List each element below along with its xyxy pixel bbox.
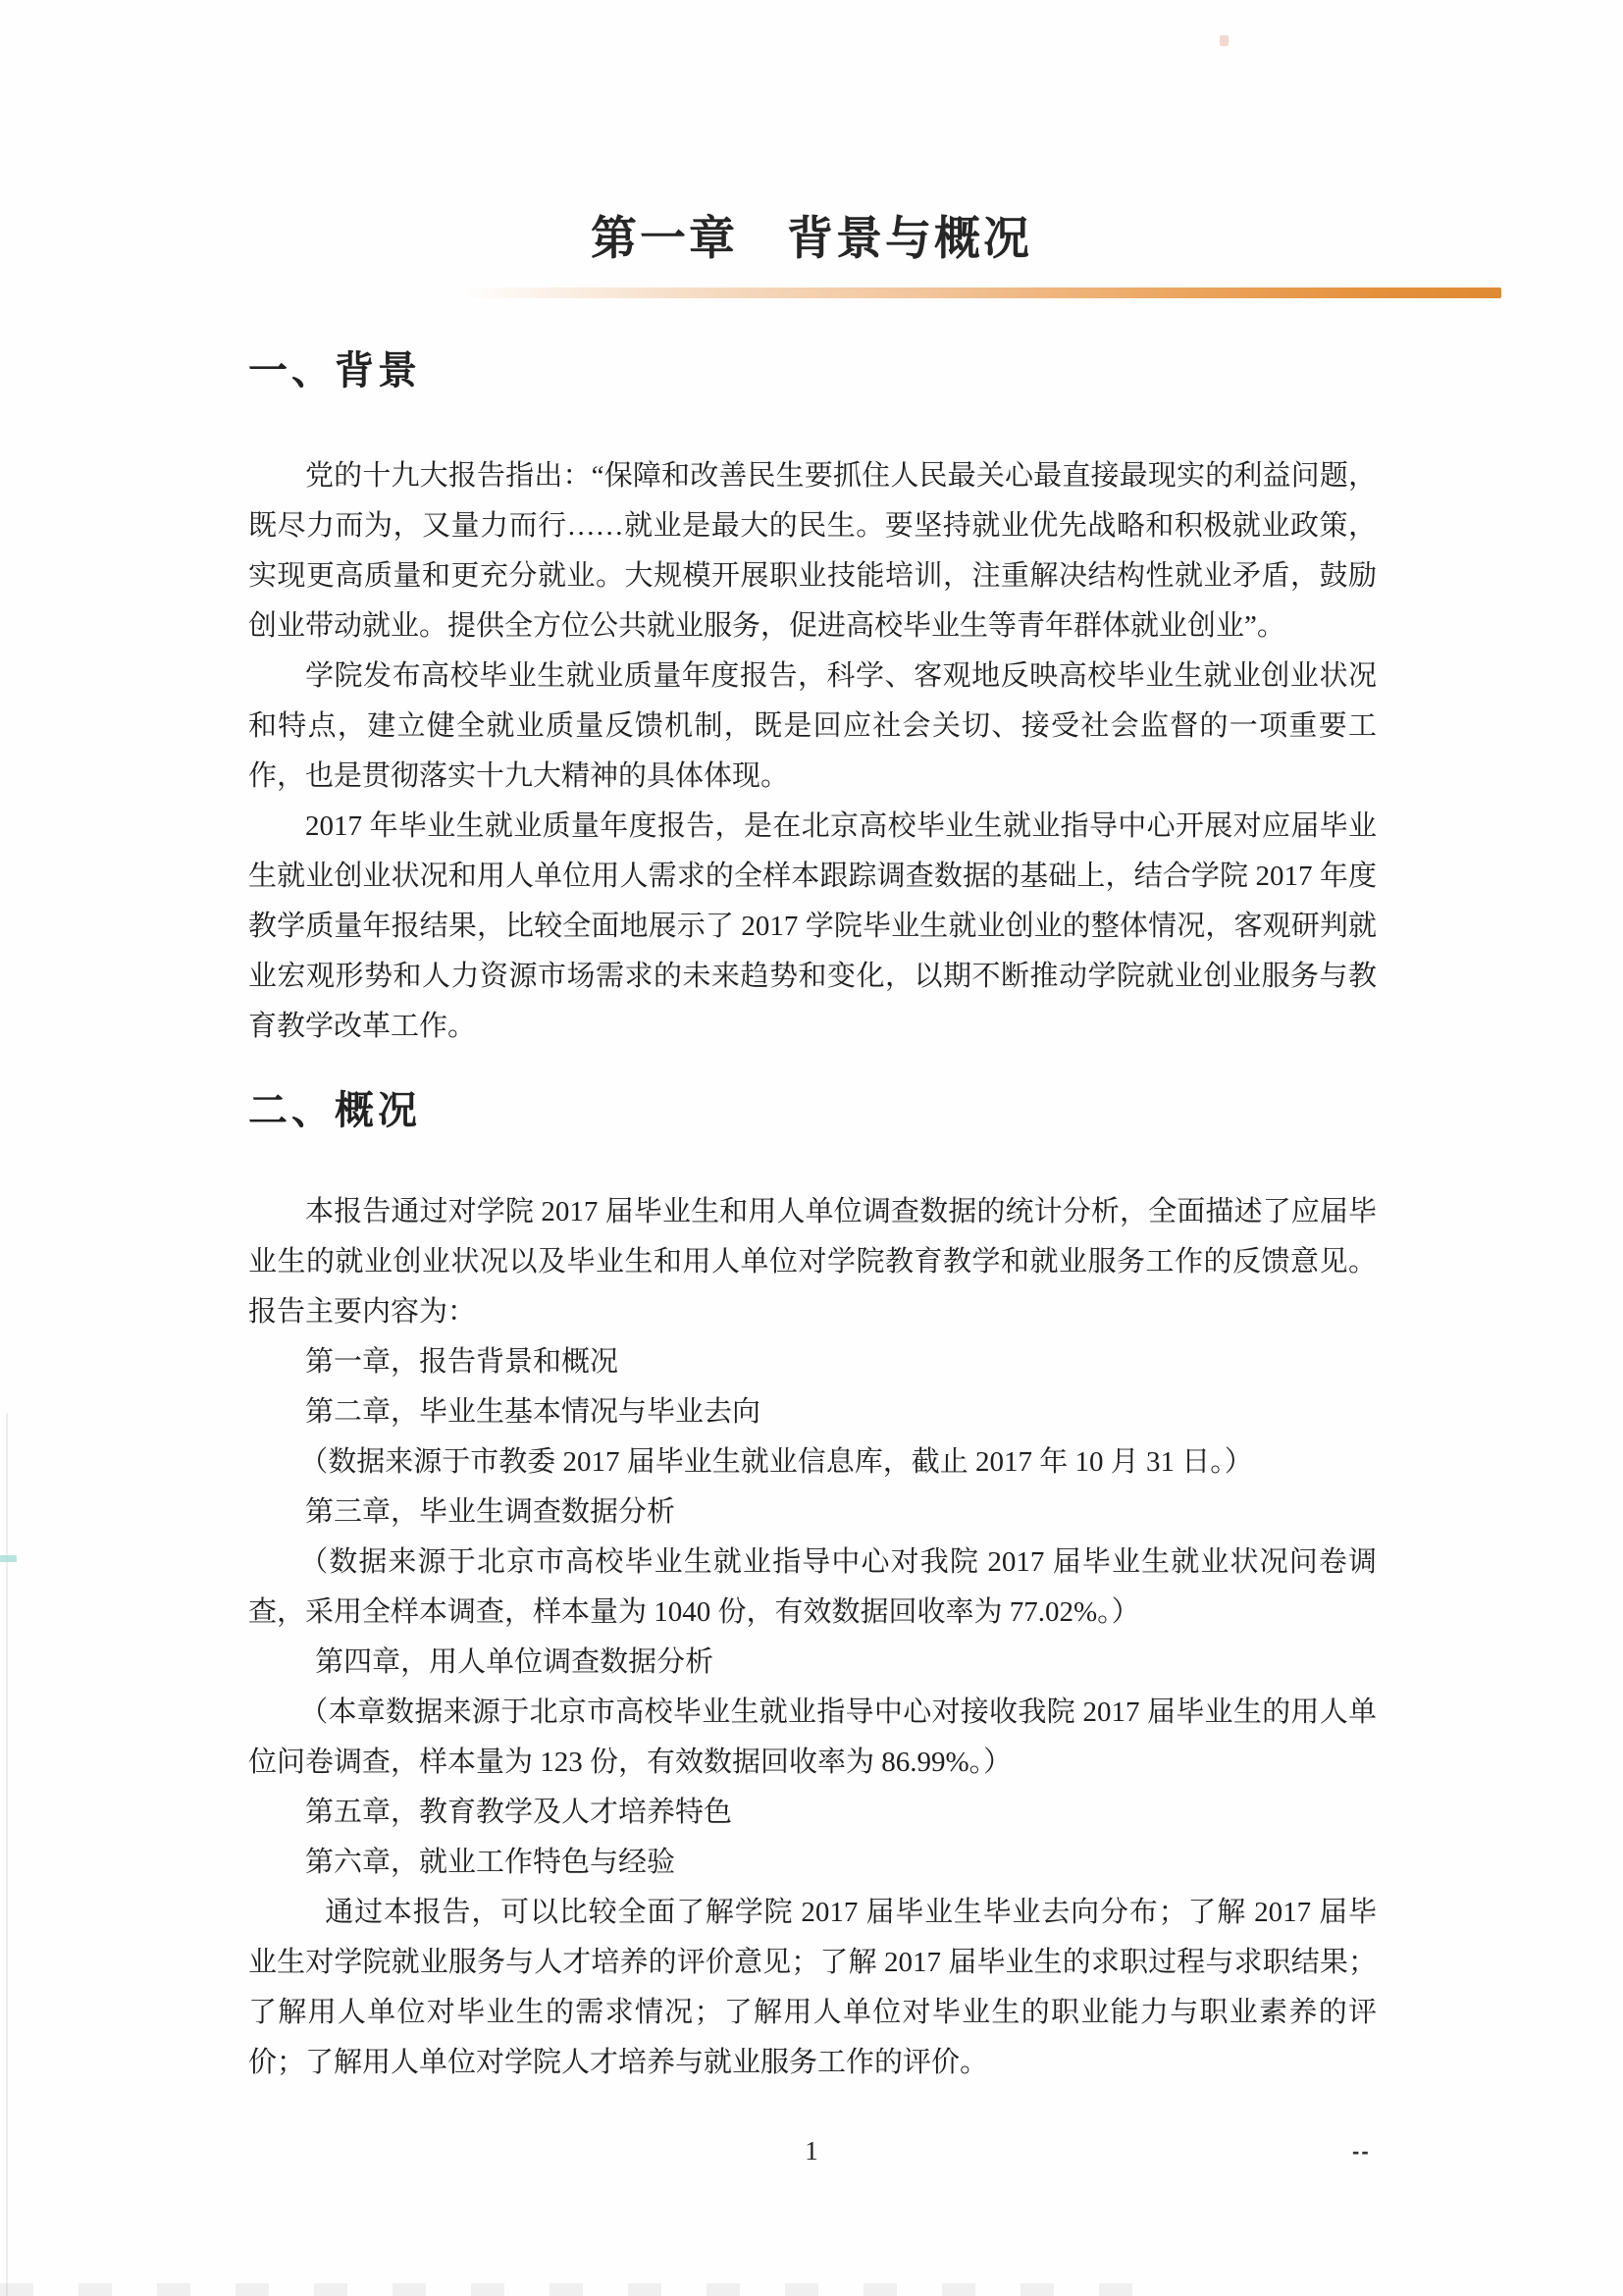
page-number: 1 [0,2135,1623,2166]
document-page: 第一章 背景与概况 一、背景 党的十九大报告指出：“保障和改善民生要抓住人民最关… [0,0,1623,2296]
paragraph-background-3: 2017 年毕业生就业质量年度报告，是在北京高校毕业生就业指导中心开展对应届毕业… [248,802,1377,1052]
outline-item-chapter1: 第一章，报告背景和概况 [248,1337,1377,1387]
outline-note-chapter3: （数据来源于北京市高校毕业生就业指导中心对我院 2017 届毕业生就业状况问卷调… [248,1538,1377,1638]
section-heading-overview: 二、概况 [248,1087,1377,1134]
section-heading-background: 一、背景 [248,347,1377,394]
outline-item-chapter6: 第六章，就业工作特色与经验 [248,1838,1377,1888]
outline-item-chapter4: 第四章，用人单位调查数据分析 [248,1638,1377,1688]
outline-item-chapter3: 第三章，毕业生调查数据分析 [248,1487,1377,1538]
outline-note-chapter2: （数据来源于市教委 2017 届毕业生就业信息库，截止 2017 年 10 月 … [248,1437,1377,1487]
title-underline-bar [459,287,1501,298]
scan-artifact-top-speck [1220,35,1229,46]
scan-artifact-bottom-smudge [0,2283,1178,2296]
paragraph-background-1: 党的十九大报告指出：“保障和改善民生要抓住人民最关心最直接最现实的利益问题，既尽… [248,451,1377,652]
paragraph-background-2: 学院发布高校毕业生就业质量年度报告，科学、客观地反映高校毕业生就业创业状况和特点… [248,652,1377,802]
footer-corner-mark: -- [1352,2139,1371,2165]
page-content: 一、背景 党的十九大报告指出：“保障和改善民生要抓住人民最关心最直接最现实的利益… [248,347,1377,2088]
scan-artifact-cyan-tick [0,1555,17,1562]
paragraph-overview-intro: 本报告通过对学院 2017 届毕业生和用人单位调查数据的统计分析，全面描述了应届… [248,1187,1377,1337]
outline-item-chapter5: 第五章，教育教学及人才培养特色 [248,1788,1377,1838]
outline-note-chapter4: （本章数据来源于北京市高校毕业生就业指导中心对接收我院 2017 届毕业生的用人… [248,1688,1377,1788]
chapter-title: 第一章 背景与概况 [0,212,1623,265]
paragraph-overview-closing: 通过本报告，可以比较全面了解学院 2017 届毕业生毕业去向分布；了解 2017… [248,1888,1377,2088]
outline-item-chapter2: 第二章，毕业生基本情况与毕业去向 [248,1387,1377,1437]
scan-artifact-left-line [6,1413,8,2296]
